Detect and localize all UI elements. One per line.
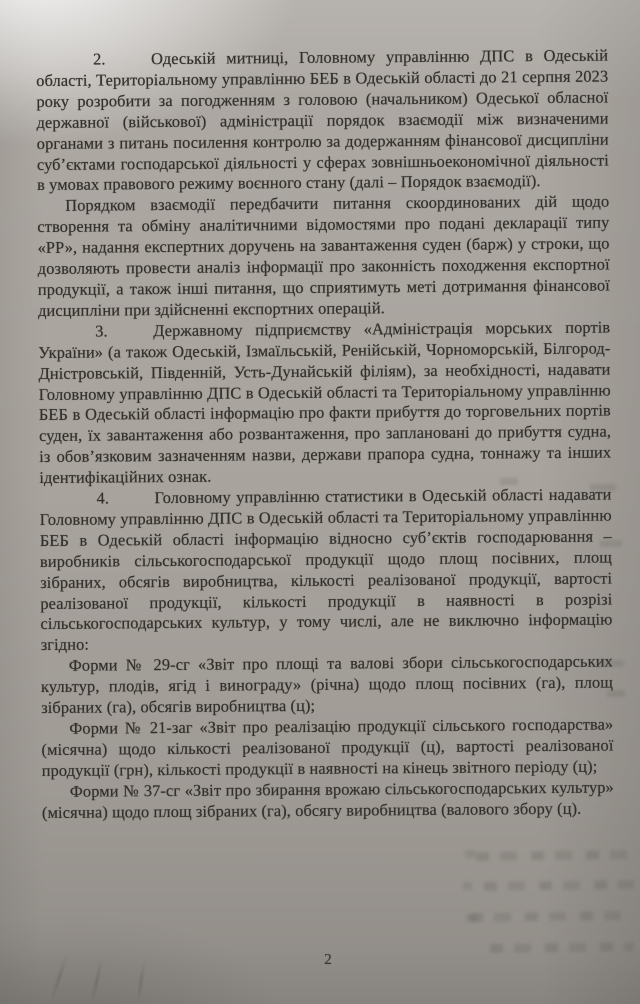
- paragraph-form-37-text: Форми № 37-сг «Звіт про збирання врожаю …: [42, 777, 614, 821]
- paragraph-3-text: Державному підприємству «Адміністрація м…: [38, 317, 611, 487]
- paragraph-4: 4.Головному управлінню статистики в Одес…: [39, 485, 612, 657]
- page-number: 2: [0, 950, 640, 970]
- paragraph-4-text: Головному управлінню статистики в Одеськ…: [40, 485, 613, 655]
- paragraph-form-21-text: Форми № 21-заг «Звіт про реалізацію прод…: [41, 714, 613, 779]
- paragraph-form-29-text: Форми № 29-сг «Звіт про площі та валові …: [41, 652, 613, 717]
- document-text: 2.Одеській митниці, Головному управлінню…: [36, 46, 614, 824]
- paragraph-interaction-procedure-text: Порядком взаємодії передбачити питання с…: [37, 192, 610, 320]
- paragraph-2-number: 2.: [93, 49, 151, 70]
- paragraph-interaction-procedure: Порядком взаємодії передбачити питання с…: [37, 192, 610, 322]
- document-photo: 2.Одеській митниці, Головному управлінню…: [0, 0, 640, 1004]
- paragraph-form-37: Форми № 37-сг «Звіт про збирання врожаю …: [42, 777, 614, 823]
- paragraph-3-number: 3.: [95, 321, 153, 342]
- paragraph-form-21: Форми № 21-заг «Звіт про реалізацію прод…: [41, 714, 613, 781]
- paragraph-3: 3.Державному підприємству «Адміністрація…: [38, 317, 611, 489]
- paragraph-2: 2.Одеській митниці, Головному управлінню…: [36, 46, 609, 197]
- paragraph-4-number: 4.: [96, 488, 154, 509]
- paragraph-form-29: Форми № 29-сг «Звіт про площі та валові …: [41, 652, 613, 719]
